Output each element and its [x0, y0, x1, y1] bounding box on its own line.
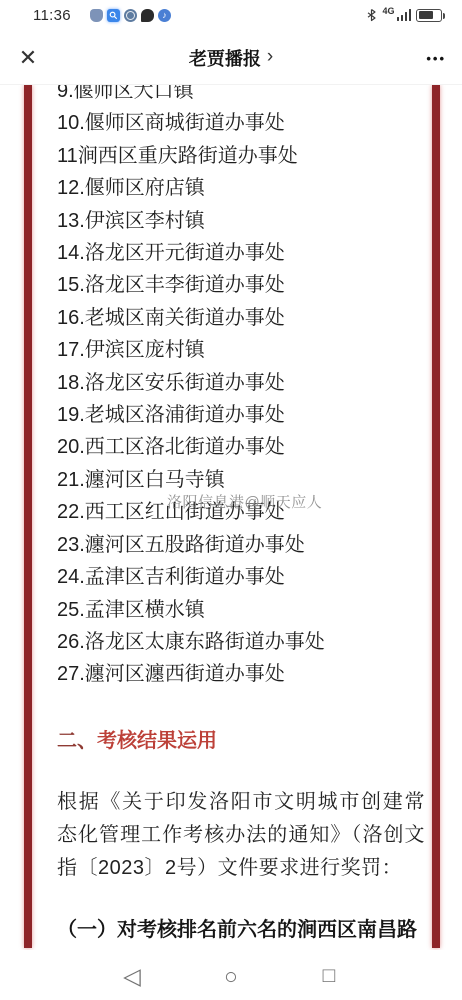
search-app-icon	[107, 9, 120, 22]
home-icon[interactable]: ○	[217, 962, 245, 990]
list-item: 27.瀍河区瀍西街道办事处	[57, 658, 425, 690]
list-item: 23.瀍河区五股路街道办事处	[57, 529, 425, 561]
battery-icon	[416, 9, 442, 22]
list-item: 16.老城区南关街道办事处	[57, 302, 425, 334]
notification-icons: ♪	[90, 9, 171, 22]
list-item: 9.偃师区大口镇	[57, 84, 425, 107]
list-item: 20.西工区洛北街道办事处	[57, 431, 425, 463]
signal-bars-icon	[397, 9, 412, 21]
list-item: 25.孟津区横水镇	[57, 594, 425, 626]
list-item: 17.伊滨区庞村镇	[57, 334, 425, 366]
list-item: 14.洛龙区开元街道办事处	[57, 237, 425, 269]
system-status-icons: 4G	[366, 7, 442, 23]
list-item: 26.洛龙区太康东路街道办事处	[57, 626, 425, 658]
chat-icon	[141, 9, 154, 22]
section-number: 二、	[57, 730, 97, 752]
music-icon: ♪	[158, 9, 171, 22]
article-content: 9.偃师区大口镇10.偃师区商城街道办事处11涧西区重庆路街道办事处12.偃师区…	[57, 85, 425, 947]
subitem-line: （一）对考核排名前六名的涧西区南昌路	[57, 914, 425, 947]
ranking-list: 9.偃师区大口镇10.偃师区商城街道办事处11涧西区重庆路街道办事处12.偃师区…	[57, 84, 425, 691]
list-item: 19.老城区洛浦街道办事处	[57, 399, 425, 431]
recents-icon[interactable]: □	[315, 962, 343, 990]
clock: 11:36	[33, 7, 71, 24]
list-item: 10.偃师区商城街道办事处	[57, 107, 425, 139]
official-account-link[interactable]: 老贾播报 ›	[0, 32, 462, 84]
body-paragraph: 根据《关于印发洛阳市文明城市创建常态化管理工作考核办法的通知》（洛创文指〔202…	[57, 786, 425, 885]
android-nav-bar: ◁ ○ □	[0, 950, 462, 1000]
list-item: 18.洛龙区安乐街道办事处	[57, 367, 425, 399]
article-header: ✕ 老贾播报 › •••	[0, 32, 462, 84]
list-item: 12.偃师区府店镇	[57, 172, 425, 204]
bluetooth-icon	[366, 8, 377, 22]
list-item: 13.伊滨区李村镇	[57, 205, 425, 237]
browser-icon	[124, 9, 137, 22]
section-title: 考核结果运用	[97, 730, 217, 752]
list-item: 11涧西区重庆路街道办事处	[57, 140, 425, 172]
status-bar: 11:36 ♪ 4G	[0, 0, 462, 32]
network-type-label: 4G	[382, 7, 394, 16]
back-icon[interactable]: ◁	[118, 962, 146, 990]
shield-icon	[90, 9, 103, 22]
chevron-right-icon: ›	[267, 46, 273, 68]
page-title: 老贾播报	[189, 45, 261, 71]
list-item: 24.孟津区吉利街道办事处	[57, 561, 425, 593]
list-item: 15.洛龙区丰李街道办事处	[57, 269, 425, 301]
right-red-border	[432, 85, 440, 948]
signal-indicator: 4G	[382, 9, 411, 21]
more-menu-icon[interactable]: •••	[426, 46, 446, 70]
watermark-text: 洛阳信息港@顺天应人	[167, 491, 322, 512]
left-red-border	[24, 85, 32, 948]
section-heading: 二、考核结果运用	[57, 726, 425, 756]
article-body: 9.偃师区大口镇10.偃师区商城街道办事处11涧西区重庆路街道办事处12.偃师区…	[0, 84, 462, 950]
